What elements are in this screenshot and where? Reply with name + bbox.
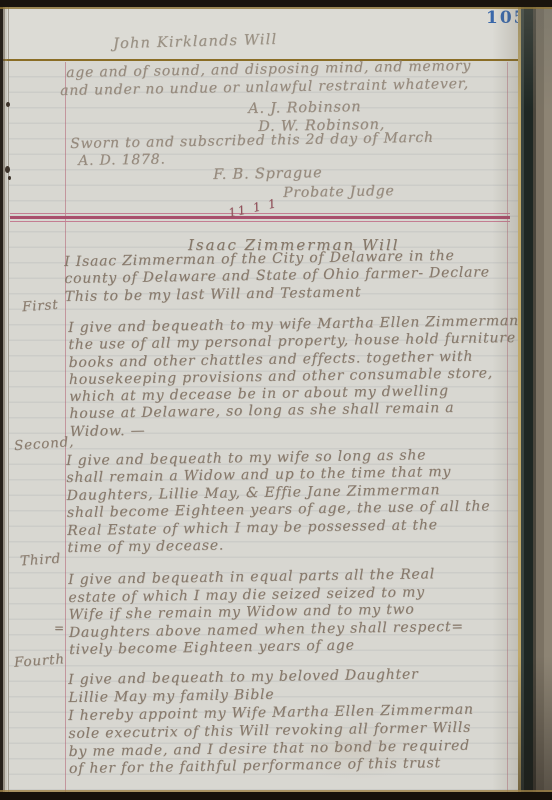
page-left-seam xyxy=(8,7,9,793)
judge-signature: F. B. Sprague xyxy=(213,165,323,183)
page-gutter-shadow xyxy=(492,0,518,800)
scanned-will-book-page: 105 John Kirklands Will age and of sound… xyxy=(0,0,552,800)
judge-title: Probate Judge xyxy=(283,183,395,201)
top-gilt-line xyxy=(0,7,552,9)
ink-blot xyxy=(5,166,10,173)
witness-signature: A. J. Robinson xyxy=(248,99,361,117)
fourth-clause-paragraph: I give and bequeath to my beloved Daught… xyxy=(68,665,419,707)
scan-bottom-border xyxy=(0,792,552,800)
third-clause-paragraph: I give and bequeath in equal parts all t… xyxy=(68,566,464,660)
second-clause-paragraph: I give and bequeath to my wife so long a… xyxy=(66,446,491,557)
first-clause-paragraph: I give and bequeath to my wife Martha El… xyxy=(68,313,521,441)
executor-clause-paragraph: I hereby appoint my Wife Martha Ellen Zi… xyxy=(68,702,475,780)
margin-label-first: First xyxy=(21,297,59,316)
left-margin-rule xyxy=(65,62,66,792)
margin-label-third: Third xyxy=(19,551,61,570)
scan-top-border xyxy=(0,0,552,7)
will-opening-paragraph: I Isaac Zimmerman of the City of Delawar… xyxy=(64,247,490,306)
page-left-edge xyxy=(0,0,12,800)
hyphenation-margin-mark: = xyxy=(54,621,65,635)
book-binding-shadow xyxy=(518,0,552,800)
attestation-line: A. D. 1878. xyxy=(78,151,166,169)
ink-blot xyxy=(8,176,11,180)
red-separator-rule xyxy=(10,213,510,222)
ink-blot xyxy=(6,102,10,107)
